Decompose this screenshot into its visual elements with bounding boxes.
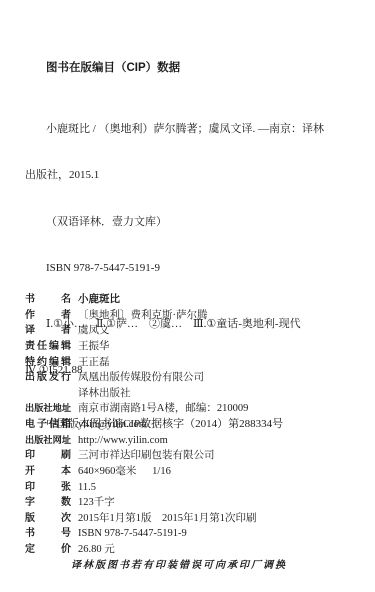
colophon-row: 版次2015年1月第1版 2015年1月第1次印刷 [25, 511, 360, 527]
field-value: 凤凰出版传媒股份有限公司 [78, 370, 204, 386]
cip-line-isbn: ISBN 978-7-5447-5191-9 [46, 261, 360, 277]
field-label: 开本 [25, 464, 71, 480]
colophon-row: 印张11.5 [25, 480, 360, 496]
field-label: 书号 [25, 526, 71, 542]
field-value: 〔奥地利〕费利克斯·萨尔腾 [78, 308, 208, 324]
colophon-row: 开本640×960毫米 1/16 [25, 464, 360, 480]
field-label: 定价 [25, 542, 71, 558]
colophon-row: 出版社网址http://www.yilin.com [25, 433, 360, 449]
field-label: 作者 [25, 308, 71, 324]
field-label: 电子信箱 [25, 417, 71, 433]
field-value: 南京市湖南路1号A楼，邮编：210009 [78, 401, 248, 417]
field-value: 小鹿斑比 [78, 292, 120, 308]
field-value: 虞凤文 [78, 323, 110, 339]
copyright-page: 图书在版编目（CIP）数据 小鹿斑比 / （奥地利）萨尔腾著；虞凤文译. —南京… [0, 0, 375, 592]
field-value: http://www.yilin.com [78, 433, 168, 449]
field-value: 123千字 [78, 495, 115, 511]
field-value: 2015年1月第1版 2015年1月第1次印刷 [78, 511, 257, 527]
colophon-row: 书号ISBN 978-7-5447-5191-9 [25, 526, 360, 542]
colophon-row: 特约编辑王正磊 [25, 355, 360, 371]
colophon-row: 出版社地址南京市湖南路1号A楼，邮编：210009 [25, 401, 360, 417]
field-label: 译者 [25, 323, 71, 339]
field-value: 王正磊 [78, 355, 110, 371]
colophon-row: 译者虞凤文 [25, 323, 360, 339]
field-value: 11.5 [78, 480, 96, 496]
colophon-row: 印刷三河市祥达印刷包装有限公司 [25, 448, 360, 464]
colophon-row: 书名小鹿斑比 [25, 292, 360, 308]
colophon-row: 出版发行凤凰出版传媒股份有限公司 [25, 370, 360, 386]
field-label: 特约编辑 [25, 355, 71, 371]
field-label: 印刷 [25, 448, 71, 464]
field-label: 版次 [25, 511, 71, 527]
field-label: 出版社网址 [25, 433, 71, 449]
printer-note: 译林版图书若有印装错误可向承印厂调换 [71, 556, 287, 571]
colophon-row: 译林出版社 [25, 386, 360, 402]
cip-heading: 图书在版编目（CIP）数据 [46, 61, 360, 77]
field-value: 640×960毫米 1/16 [78, 464, 171, 480]
colophon-row: 作者〔奥地利〕费利克斯·萨尔腾 [25, 308, 360, 324]
field-label: 出版发行 [25, 370, 71, 386]
colophon-row: 字数123千字 [25, 495, 360, 511]
cip-line-publisher: 出版社，2015.1 [25, 168, 360, 184]
cip-line-series: （双语译林．壹力文库） [46, 215, 360, 231]
field-value: 三河市祥达印刷包装有限公司 [78, 448, 215, 464]
colophon-row: 电子信箱yilin@yilin.com [25, 417, 360, 433]
field-value: yilin@yilin.com [78, 417, 147, 433]
colophon-table: 书名小鹿斑比作者〔奥地利〕费利克斯·萨尔腾译者虞凤文责任编辑王振华特约编辑王正磊… [25, 292, 360, 558]
cip-line-title: 小鹿斑比 / （奥地利）萨尔腾著；虞凤文译. —南京：译林 [46, 122, 360, 138]
field-label: 书名 [25, 292, 71, 308]
field-label: 出版社地址 [25, 401, 71, 417]
field-label: 印张 [25, 480, 71, 496]
field-value: 译林出版社 [78, 386, 131, 402]
field-label: 字数 [25, 495, 71, 511]
colophon-row: 责任编辑王振华 [25, 339, 360, 355]
field-label: 责任编辑 [25, 339, 71, 355]
field-value: 王振华 [78, 339, 110, 355]
field-value: ISBN 978-7-5447-5191-9 [78, 526, 187, 542]
